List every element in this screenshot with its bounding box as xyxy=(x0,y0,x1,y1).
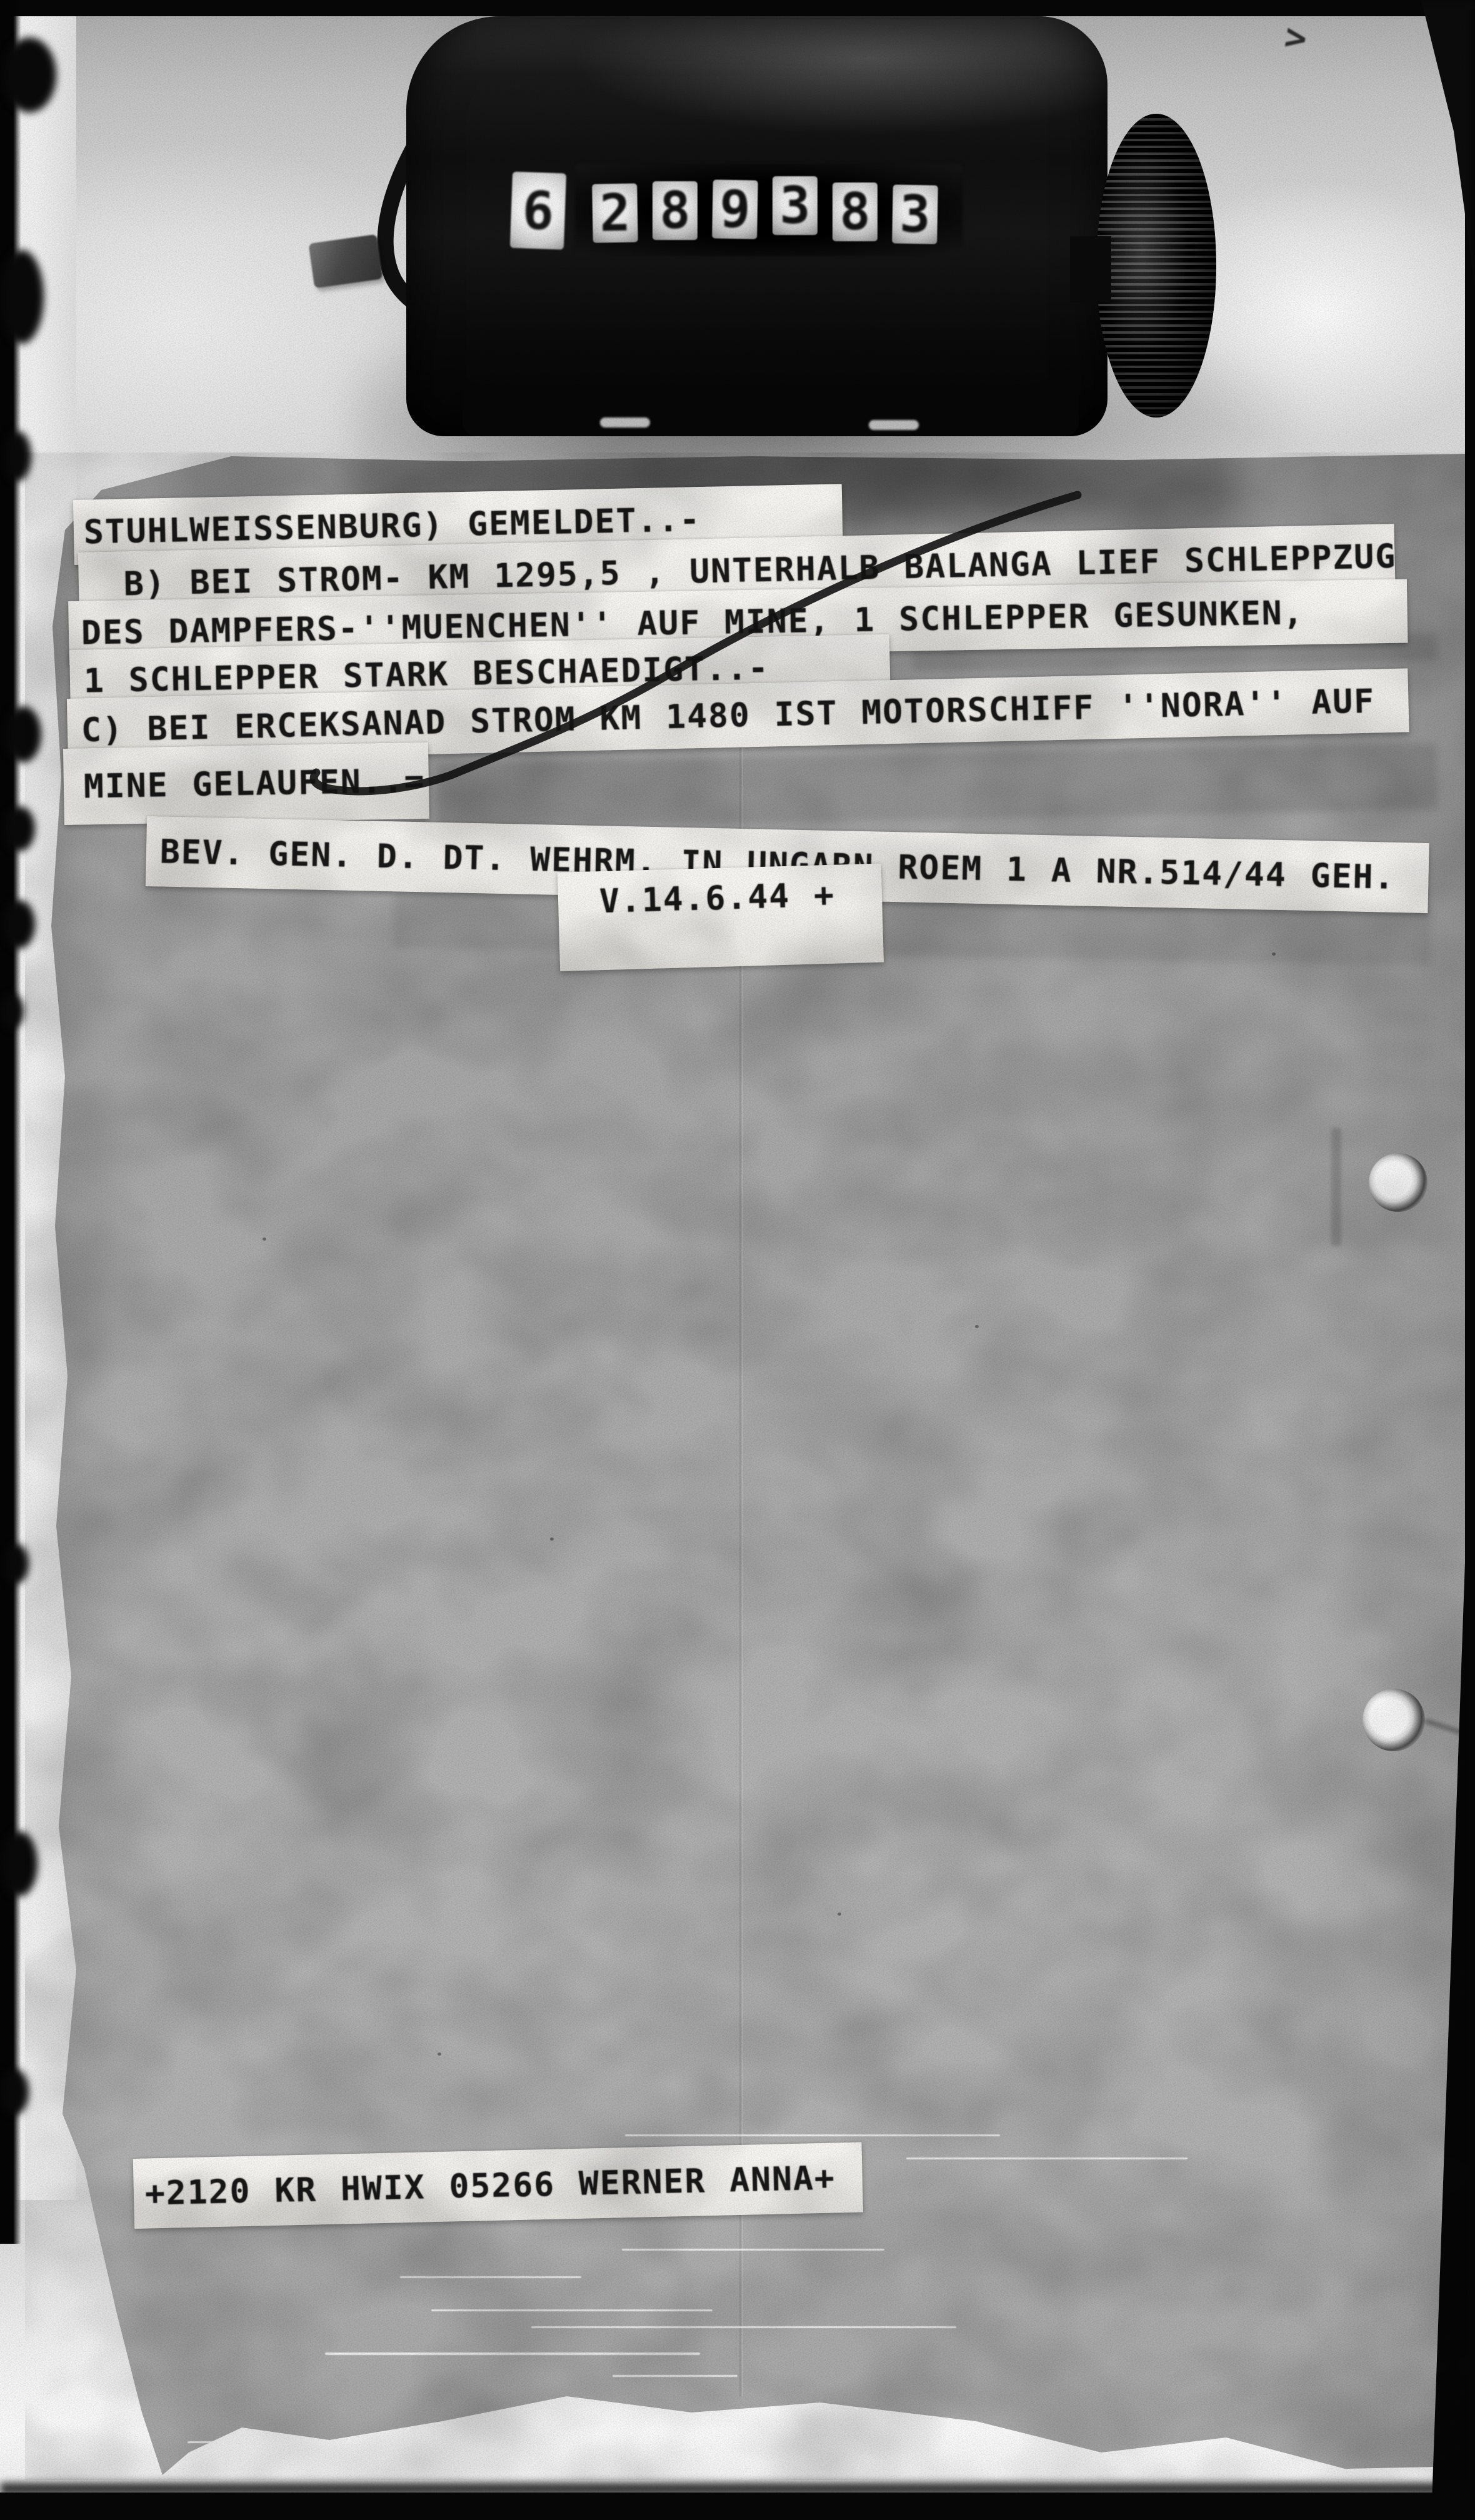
counter-frame-digit: 6 xyxy=(521,179,555,242)
counter-digit-window: 9 xyxy=(712,179,758,239)
counter-digit: 2 xyxy=(599,183,631,243)
film-blob xyxy=(0,2069,29,2115)
film-edge-bottom xyxy=(0,2492,1475,2520)
paper-speck xyxy=(1272,952,1276,956)
paper-speck xyxy=(975,1325,979,1328)
punch-hole xyxy=(1362,1689,1425,1751)
teletype-strip-6: MINE GELAUFEN..= xyxy=(63,742,429,825)
film-blob xyxy=(1,1831,37,1896)
paper-speck xyxy=(550,1537,554,1541)
hole-smudge xyxy=(1331,1127,1341,1246)
film-blob xyxy=(4,431,31,481)
paper-speck xyxy=(437,2052,441,2056)
scratch-line xyxy=(622,2249,884,2251)
counter-knob-shading xyxy=(1096,114,1216,417)
telegram-line-8: V.14.6.44 + xyxy=(557,865,836,922)
scratch-line xyxy=(531,2326,956,2328)
telegram-line-6: MINE GELAUFEN..= xyxy=(63,761,426,806)
paper-speck xyxy=(262,1237,266,1241)
counter-digit: 3 xyxy=(779,176,810,236)
counter-frame-digit-window: 6 xyxy=(510,172,566,250)
counter-digit: 3 xyxy=(899,184,931,244)
scanned-telegram-photograph: 6 2 8 9 3 8 3 STUHLWEISSENBURG) GEMELDET… xyxy=(0,0,1475,2520)
scratch-line xyxy=(612,2375,737,2377)
strip-gap-shading xyxy=(437,743,1438,830)
telegram-footer-line: +2120 KR HWIX 05266 WERNER ANNA+ xyxy=(133,2159,836,2212)
counter-foot xyxy=(600,417,650,427)
counter-digit-window: 2 xyxy=(592,183,638,242)
film-blob xyxy=(2,900,35,949)
film-blob xyxy=(0,994,24,1029)
scratch-line xyxy=(906,2157,1187,2159)
counter-knob-shaft xyxy=(1070,236,1111,302)
film-blob xyxy=(2,37,56,112)
scratch-line xyxy=(431,2309,712,2311)
counter-digit-window: 8 xyxy=(832,182,877,241)
punch-hole xyxy=(1369,1153,1427,1212)
counter-base-plate xyxy=(462,386,1079,436)
film-blob xyxy=(0,250,44,344)
paper-speck xyxy=(837,1912,841,1916)
counter-foot xyxy=(869,420,919,430)
scratch-line xyxy=(625,2134,1000,2136)
counter-digit: 9 xyxy=(719,179,751,239)
film-blob xyxy=(4,1544,29,1584)
small-dark-chip xyxy=(309,234,383,289)
counter-digit: 8 xyxy=(839,182,870,242)
film-blob xyxy=(4,806,35,851)
counter-digit-window: 3 xyxy=(772,176,817,235)
film-edge-top xyxy=(0,0,1475,16)
scratch-line xyxy=(400,2276,581,2278)
counter-digit: 8 xyxy=(659,181,690,241)
scratch-line xyxy=(325,2352,700,2355)
counter-digit-window: 3 xyxy=(892,184,938,244)
teletype-strip-8: V.14.6.44 + xyxy=(557,864,884,971)
film-blob xyxy=(5,706,41,762)
counter-digit-window: 8 xyxy=(652,181,697,240)
